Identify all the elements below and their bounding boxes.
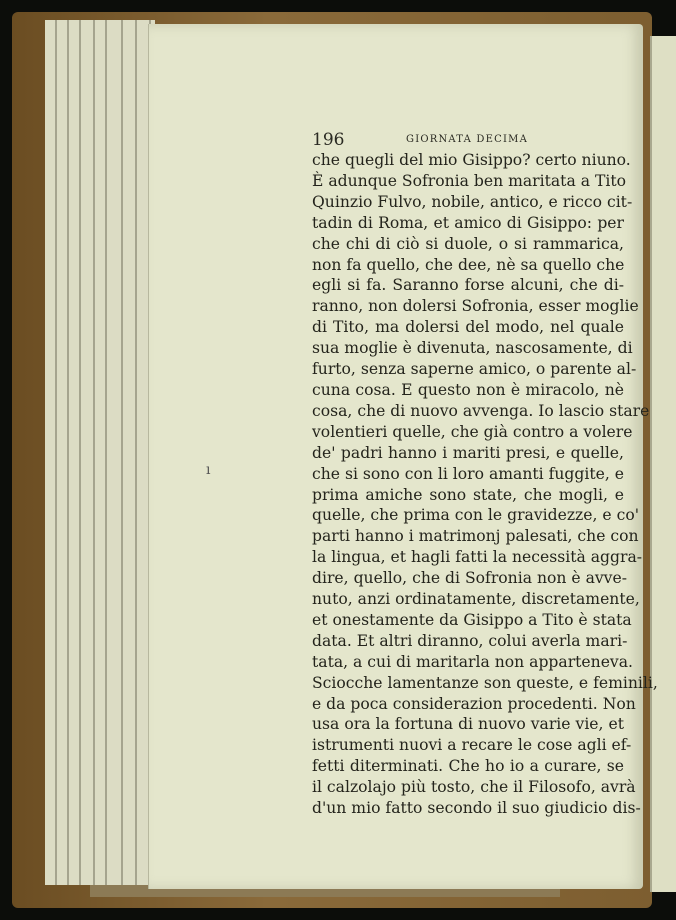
text-line: che quegli del mio Gisippo? certo niuno.	[312, 150, 624, 171]
text-line: usa ora la fortuna di nuovo varie vie, e…	[312, 714, 624, 735]
text-line: dire, quello, che di Sofronia non è avve…	[312, 568, 624, 589]
page-edge	[67, 20, 69, 885]
text-line: cosa, che di nuovo avvenga. Io lascio st…	[312, 401, 624, 422]
running-head: GIORNATA DECIMA	[406, 134, 528, 145]
text-line: data. Et altri diranno, colui averla mar…	[312, 631, 624, 652]
page-edge	[105, 20, 107, 885]
page-edge	[79, 20, 81, 885]
facing-page-edge	[650, 36, 676, 892]
text-line: furto, senza saperne amico, o parente al…	[312, 359, 624, 380]
text-line: È adunque Sofronia ben maritata a Tito	[312, 171, 624, 192]
text-line: nuto, anzi ordinatamente, discretamente,	[312, 589, 624, 610]
ink-speck: ı	[206, 462, 210, 478]
page-number: 196	[312, 130, 344, 150]
text-line: Quinzio Fulvo, nobile, antico, e ricco c…	[312, 192, 624, 213]
text-line: la lingua, et hagli fatti la necessità a…	[312, 547, 624, 568]
body-text: che quegli del mio Gisippo? certo niuno.…	[312, 150, 624, 819]
page-edge	[55, 20, 57, 885]
text-line: e da poca considerazion procedenti. Non	[312, 694, 624, 715]
text-line: quelle, che prima con le gravidezze, e c…	[312, 505, 624, 526]
text-line: prima amiche sono state, che mogli, e	[312, 485, 624, 506]
text-line: sua moglie è divenuta, nascosamente, di	[312, 338, 624, 359]
page-header: 196 GIORNATA DECIMA	[312, 132, 624, 150]
text-line: et onestamente da Gisippo a Tito è stata	[312, 610, 624, 631]
text-line: tata, a cui di maritarla non apparteneva…	[312, 652, 624, 673]
text-line: egli si fa. Saranno forse alcuni, che di…	[312, 275, 624, 296]
text-line: Sciocche lamentanze son queste, e femini…	[312, 673, 624, 694]
page-edge	[135, 20, 137, 885]
text-line: non fa quello, che dee, nè sa quello che	[312, 255, 624, 276]
text-line: di Tito, ma dolersi del modo, nel quale	[312, 317, 624, 338]
page-edge	[93, 20, 95, 885]
text-line: d'un mio fatto secondo il suo giudicio d…	[312, 798, 624, 819]
text-line: il calzolajo più tosto, che il Filosofo,…	[312, 777, 624, 798]
text-line: che chi di ciò si duole, o si rammarica,	[312, 234, 624, 255]
text-line: che si sono con li loro amanti fuggite, …	[312, 464, 624, 485]
page-stack	[45, 20, 155, 885]
text-line: tadin di Roma, et amico di Gisippo: per	[312, 213, 624, 234]
text-line: cuna cosa. E questo non è miracolo, nè	[312, 380, 624, 401]
text-line: volentieri quelle, che già contro a vole…	[312, 422, 624, 443]
text-line: ranno, non dolersi Sofronia, esser mogli…	[312, 296, 624, 317]
text-line: parti hanno i matrimonj palesati, che co…	[312, 526, 624, 547]
page-edge	[121, 20, 123, 885]
text-line: fetti diterminati. Che ho io a curare, s…	[312, 756, 624, 777]
text-line: istrumenti nuovi a recare le cose agli e…	[312, 735, 624, 756]
text-line: de' padri hanno i mariti presi, e quelle…	[312, 443, 624, 464]
